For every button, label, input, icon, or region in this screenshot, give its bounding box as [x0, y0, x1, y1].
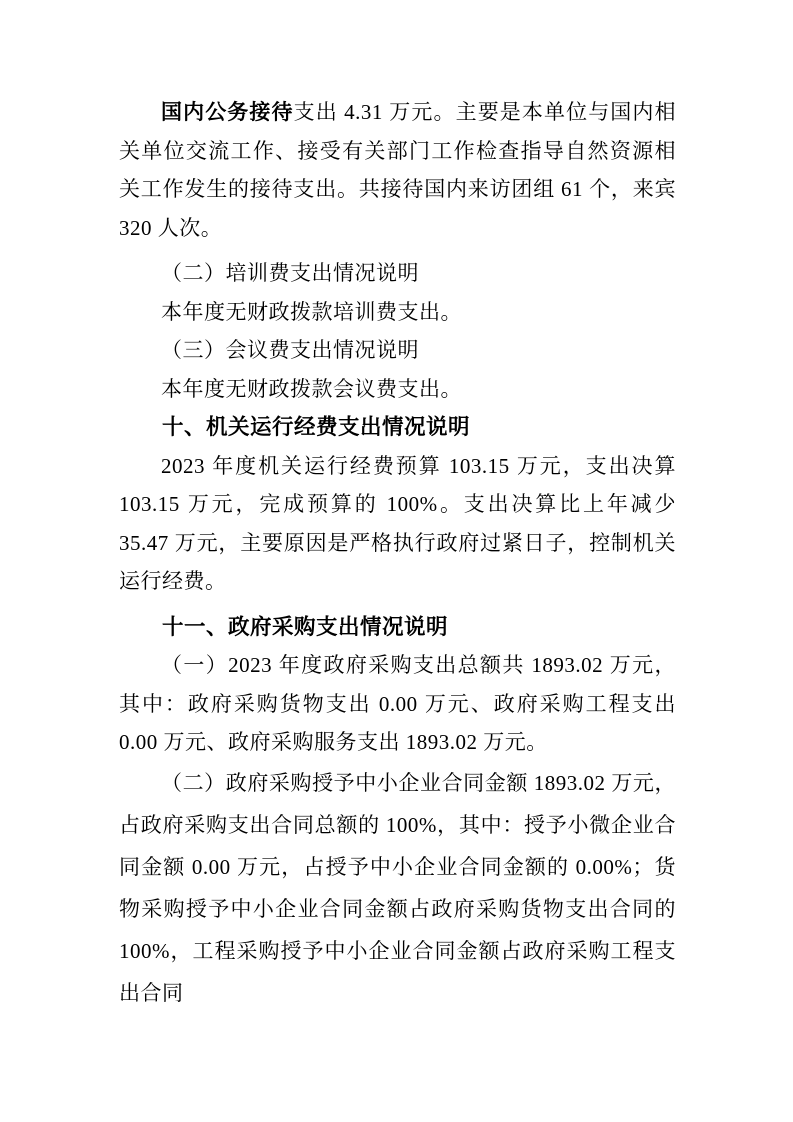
paragraph-training-fee-body: 本年度无财政拨款培训费支出。 — [119, 293, 676, 332]
paragraph-procurement-total: （一）2023 年度政府采购支出总额共 1893.02 万元，其中：政府采购货物… — [119, 646, 676, 762]
paragraph-domestic-reception: 国内公务接待支出 4.31 万元。主要是本单位与国内相关单位交流工作、接受有关部… — [119, 93, 676, 247]
heading-section-eleven-procurement: 十一、政府采购支出情况说明 — [119, 608, 676, 647]
document-page: 国内公务接待支出 4.31 万元。主要是本单位与国内相关单位交流工作、接受有关部… — [0, 0, 793, 1122]
paragraph-procurement-sme: （二）政府采购授予中小企业合同金额 1893.02 万元，占政府采购支出合同总额… — [119, 762, 676, 1014]
paragraph-training-fee-title: （二）培训费支出情况说明 — [119, 254, 676, 293]
domestic-reception-label: 国内公务接待 — [161, 100, 294, 124]
paragraph-operating-funds: 2023 年度机关运行经费预算 103.15 万元，支出决算 103.15 万元… — [119, 447, 676, 601]
paragraph-meeting-fee-body: 本年度无财政拨款会议费支出。 — [119, 370, 676, 409]
paragraph-meeting-fee-title: （三）会议费支出情况说明 — [119, 331, 676, 370]
heading-section-ten-operating-funds: 十、机关运行经费支出情况说明 — [119, 408, 676, 447]
